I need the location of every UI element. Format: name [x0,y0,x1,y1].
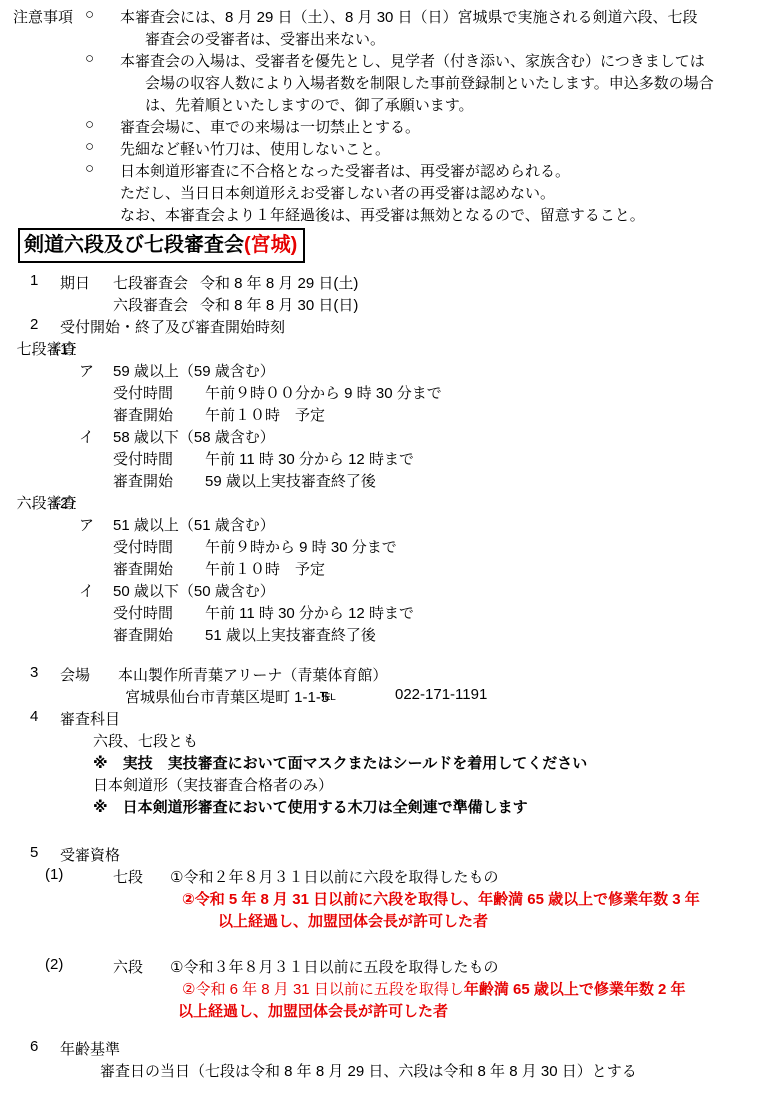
requirement-text-red: 以上経過し、加盟団体会長が許可した者 [178,1000,448,1021]
age-range: 58 歳以下（58 歳含む） [113,426,275,447]
kana-marker: イ [79,580,94,601]
kendo-exam-notice-document: 注意事項 ○ 本審査会には、8 月 29 日（土）、8 月 30 日（日）宮城県… [0,0,770,1093]
schedule-row: 審査開始 午前１０時 予定 [0,558,770,580]
schedule-key: 審査開始 [113,470,173,491]
requirement-text: ①令和２年８月３１日以前に六段を取得したもの [170,866,498,887]
schedule-key: 受付時間 [113,602,173,623]
eligibility-row: 以上経過し、加盟団体会長が許可した者 [0,1000,770,1022]
section6-heading: 6 年齢基準 [0,1038,770,1060]
sub-heading: イ 58 歳以下（58 歳含む） [0,426,770,448]
sub-heading: ア 59 歳以上（59 歳含む） [0,360,770,382]
subject-line: ※ 日本剣道形審査において使用する木刀は全剣連で準備します [0,796,770,818]
schedule-row: 審査開始 59 歳以上実技審査終了後 [0,470,770,492]
spacer [0,1022,770,1038]
subject-note: ※ 日本剣道形審査において使用する木刀は全剣連で準備します [93,796,528,817]
schedule-value: 午前９時００分から 9 時 30 分まで [205,382,442,403]
rank-label: 七段 [113,866,143,887]
schedule-row: 受付時間 午前９時から 9 時 30 分まで [0,536,770,558]
schedule-row: 受付時間 午前９時００分から 9 時 30 分まで [0,382,770,404]
age-standard-text: 審査日の当日（七段は令和 8 年 8 月 29 日、六段は令和 8 年 8 月 … [100,1060,637,1081]
exam-name: 六段審査会 [113,294,188,315]
requirement-text-red-bold: 年齢満 65 歳以上で修業年数 2 年 [464,981,686,998]
schedule-key: 審査開始 [113,558,173,579]
notes-heading: 注意事項 [13,6,73,27]
circle-bullet-icon: ○ [85,138,94,155]
note-text: 審査会場に、車での来場は一切禁止とする。 [120,116,420,137]
schedule-value: 午前 11 時 30 分から 12 時まで [205,602,414,623]
entry-number: (2) [45,956,63,973]
note-line: 会場の収容人数により入場者数を制限した事前登録制といたします。申込多数の場合 [0,72,770,94]
eligibility-row: 以上経過し、加盟団体会長が許可した者 [0,910,770,932]
entry-number: (1) [45,866,63,883]
circle-bullet-icon: ○ [85,116,94,133]
section-label: 審査科目 [60,708,120,729]
note-text: 日本剣道形審査に不合格となった受審者は、再受審が認められる。 [120,160,570,181]
group-name: 七段審査 [17,338,77,359]
note-text: なお、本審査会より１年経過後は、再受審は無効となるので、留意すること。 [120,204,645,225]
schedule-row: 審査開始 午前１０時 予定 [0,404,770,426]
section5-heading: 5 受審資格 [0,844,770,866]
age-standard-line: 審査日の当日（七段は令和 8 年 8 月 29 日、六段は令和 8 年 8 月 … [0,1060,770,1082]
tel-number: 022-171-1191 [395,686,487,703]
title-row: 剣道六段及び七段審査会(宮城) [0,228,770,268]
subject-line: ※ 実技 実技審査において面マスクまたはシールドを着用してください [0,752,770,774]
section-label: 受付開始・終了及び審査開始時刻 [60,316,285,337]
schedule-row: 受付時間 午前 11 時 30 分から 12 時まで [0,602,770,624]
age-range: 50 歳以下（50 歳含む） [113,580,275,601]
circle-bullet-icon: ○ [85,50,94,67]
circle-bullet-icon: ○ [85,160,94,177]
circle-bullet-icon: ○ [85,6,94,23]
requirement-text-red: ②令和 5 年 8 月 31 日以前に六段を取得し、年齢満 65 歳以上で修業年… [182,888,700,909]
section-label: 期日 [60,272,90,293]
schedule-key: 審査開始 [113,404,173,425]
section-label: 年齢基準 [60,1038,120,1059]
subject-line: 六段、七段とも [0,730,770,752]
rank-label: 六段 [113,956,143,977]
document-title-box: 剣道六段及び七段審査会(宮城) [18,228,305,263]
subject-text: 六段、七段とも [93,730,198,751]
section1-line: 1 期日 七段審査会 令和 8 年 8 月 29 日(土) [0,272,770,294]
schedule-value: 59 歳以上実技審査終了後 [205,470,376,491]
schedule-value: 午前 11 時 30 分から 12 時まで [205,448,414,469]
note-line: ○ 本審査会の入場は、受審者を優先とし、見学者（付き添い、家族含む）につきまして… [0,50,770,72]
schedule-value: 51 歳以上実技審査終了後 [205,624,376,645]
venue-address: 宮城県仙台市青葉区堤町 1-1-5 [125,686,329,707]
eligibility-row: (1) 七段 ①令和２年８月３１日以前に六段を取得したもの [0,866,770,888]
group-heading: （2） 六段審査 [0,492,770,514]
spacer [0,932,770,956]
spacer [0,818,770,844]
tel-icon: ℡ [320,686,336,704]
exam-date: 令和 8 年 8 月 29 日(土) [200,272,358,293]
note-line: なお、本審査会より１年経過後は、再受審は無効となるので、留意すること。 [0,204,770,226]
kana-marker: ア [79,514,94,535]
spacer [0,646,770,664]
note-line: は、先着順といたしますので、御了承願います。 [0,94,770,116]
sub-heading: ア 51 歳以上（51 歳含む） [0,514,770,536]
eligibility-row: (2) 六段 ①令和３年８月３１日以前に五段を取得したもの [0,956,770,978]
section-number: 5 [30,844,38,861]
subject-note: ※ 実技 実技審査において面マスクまたはシールドを着用してください [93,752,587,773]
note-text: は、先着順といたしますので、御了承願います。 [145,94,474,115]
exam-name: 七段審査会 [113,272,188,293]
group-name: 六段審査 [17,492,77,513]
requirement-text-red: 以上経過し、加盟団体会長が許可した者 [218,910,488,931]
section-number: 6 [30,1038,38,1055]
note-text: 本審査会には、8 月 29 日（土）、8 月 30 日（日）宮城県で実施される剣… [120,6,698,27]
schedule-row: 受付時間 午前 11 時 30 分から 12 時まで [0,448,770,470]
venue-address-line: 宮城県仙台市青葉区堤町 1-1-5 ℡ 022-171-1191 [0,686,770,708]
section-number: 2 [30,316,38,333]
document-title: 剣道六段及び七段審査会 [24,234,244,256]
note-text: 本審査会の入場は、受審者を優先とし、見学者（付き添い、家族含む）につきましては [120,50,705,71]
kana-marker: イ [79,426,94,447]
section-number: 1 [30,272,38,289]
schedule-key: 審査開始 [113,624,173,645]
note-line: ○ 先細など軽い竹刀は、使用しないこと。 [0,138,770,160]
requirement-text-red: ②令和 6 年 8 月 31 日以前に五段を取得し年齢満 65 歳以上で修業年数… [182,978,686,999]
group-heading: （1） 七段審査 [0,338,770,360]
note-text: ただし、当日日本剣道形えお受審しない者の再受審は認めない。 [120,182,555,203]
kana-marker: ア [79,360,94,381]
note-line: 審査会の受審者は、受審出来ない。 [0,28,770,50]
note-text: 審査会の受審者は、受審出来ない。 [145,28,385,49]
schedule-value: 午前１０時 予定 [205,558,325,579]
note-line: ○ 審査会場に、車での来場は一切禁止とする。 [0,116,770,138]
section2-heading: 2 受付開始・終了及び審査開始時刻 [0,316,770,338]
section3-heading: 3 会場 本山製作所青葉アリーナ（青葉体育館） [0,664,770,686]
section-label: 受審資格 [60,844,120,865]
note-line: 注意事項 ○ 本審査会には、8 月 29 日（土）、8 月 30 日（日）宮城県… [0,6,770,28]
schedule-value: 午前１０時 予定 [205,404,325,425]
schedule-key: 受付時間 [113,382,173,403]
schedule-key: 受付時間 [113,448,173,469]
note-text: 会場の収容人数により入場者数を制限した事前登録制といたします。申込多数の場合 [145,72,714,93]
exam-date: 令和 8 年 8 月 30 日(日) [200,294,358,315]
eligibility-row: ②令和 5 年 8 月 31 日以前に六段を取得し、年齢満 65 歳以上で修業年… [0,888,770,910]
subject-line: 日本剣道形（実技審査合格者のみ） [0,774,770,796]
requirement-text: ①令和３年８月３１日以前に五段を取得したもの [170,956,498,977]
age-range: 51 歳以上（51 歳含む） [113,514,275,535]
section1-line: 六段審査会 令和 8 年 8 月 30 日(日) [0,294,770,316]
requirement-text-red-regular: ②令和 6 年 8 月 31 日以前に五段を取得し [182,981,464,998]
section-label: 会場 [60,664,90,685]
venue-name: 本山製作所青葉アリーナ（青葉体育館） [118,664,387,685]
document-title-region: (宮城) [244,234,297,256]
note-text: 先細など軽い竹刀は、使用しないこと。 [120,138,390,159]
section-number: 3 [30,664,38,681]
sub-heading: イ 50 歳以下（50 歳含む） [0,580,770,602]
section4-heading: 4 審査科目 [0,708,770,730]
note-line: ただし、当日日本剣道形えお受審しない者の再受審は認めない。 [0,182,770,204]
schedule-key: 受付時間 [113,536,173,557]
subject-text: 日本剣道形（実技審査合格者のみ） [93,774,333,795]
note-line: ○ 日本剣道形審査に不合格となった受審者は、再受審が認められる。 [0,160,770,182]
age-range: 59 歳以上（59 歳含む） [113,360,275,381]
schedule-value: 午前９時から 9 時 30 分まで [205,536,397,557]
schedule-row: 審査開始 51 歳以上実技審査終了後 [0,624,770,646]
eligibility-row: ②令和 6 年 8 月 31 日以前に五段を取得し年齢満 65 歳以上で修業年数… [0,978,770,1000]
section-number: 4 [30,708,38,725]
